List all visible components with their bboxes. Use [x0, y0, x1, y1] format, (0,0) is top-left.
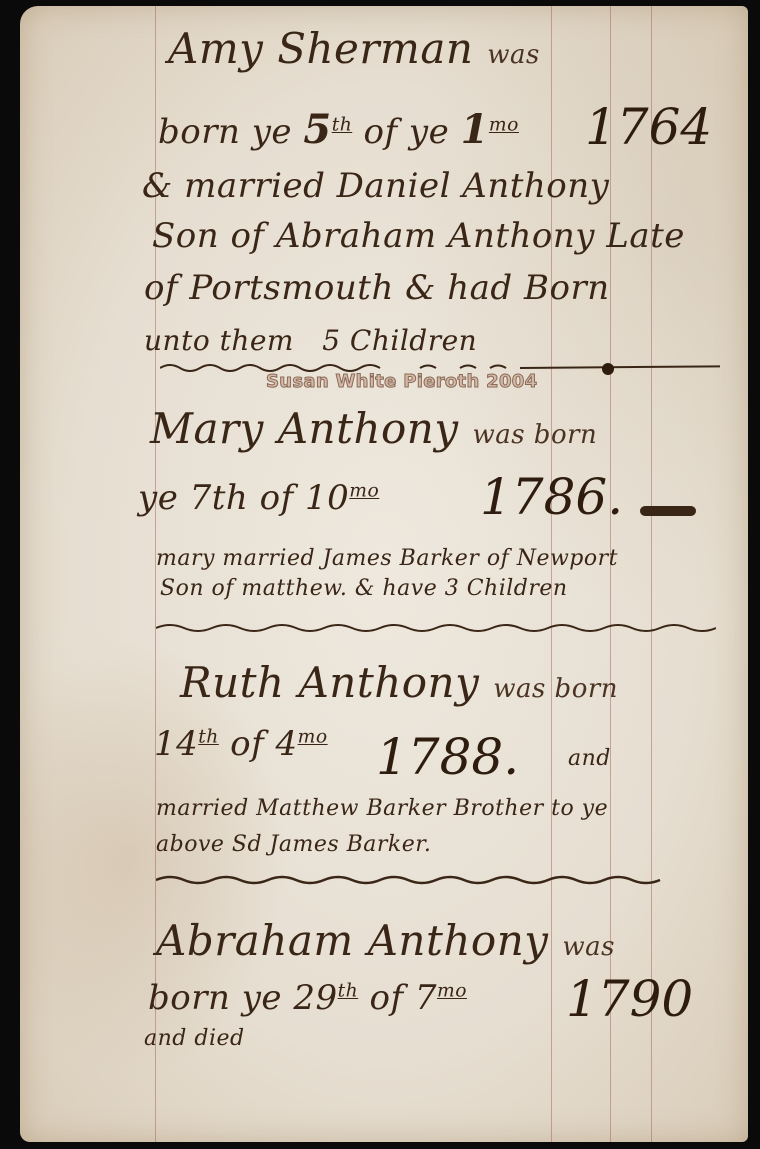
month-ordinal: mo [489, 115, 519, 136]
month-ordinal: mo [437, 981, 467, 1002]
day-ordinal: th [338, 981, 359, 1002]
person-name: Ruth Anthony [180, 658, 479, 707]
birth-month: 4 [276, 724, 298, 764]
heading-suffix: was [562, 932, 615, 962]
birth-day: 5 [303, 106, 331, 153]
record-text: unto them [144, 324, 294, 357]
ink-dash [640, 506, 696, 516]
birth-mid: of [230, 724, 264, 764]
birth-mid: of [369, 978, 403, 1018]
heading-suffix: was born [472, 420, 597, 450]
record-line: & married Daniel Anthony [142, 166, 609, 206]
person-name: Mary Anthony [150, 404, 459, 453]
birth-day: 14 [154, 724, 198, 764]
heading-suffix: was born [493, 674, 618, 704]
record-line: of Portsmouth & had Born [144, 268, 610, 308]
entry-heading: Abraham Anthony was [156, 916, 615, 965]
heading-suffix: was [487, 40, 540, 70]
entry-heading: Mary Anthony was born [150, 404, 597, 453]
birth-prefix: born ye [158, 112, 292, 152]
day-ordinal: th [198, 727, 219, 748]
birth-month: 1 [461, 106, 489, 153]
birth-mid: of [260, 478, 294, 518]
month-ordinal: mo [349, 481, 379, 502]
month-ordinal: mo [298, 727, 328, 748]
day-ordinal: th [332, 115, 353, 136]
scanned-document: Amy Sherman was born ye 5th of ye 1mo 17… [0, 0, 760, 1149]
birth-day: 29 [293, 978, 337, 1018]
entry-heading: Ruth Anthony was born [180, 658, 618, 707]
person-name: Abraham Anthony [156, 916, 548, 965]
birth-month: 7 [415, 978, 437, 1018]
record-line: Son of matthew. & have 3 Children [160, 576, 568, 601]
record-tail: and [568, 746, 611, 771]
birth-line: ye 7th of 10mo [138, 478, 379, 518]
record-line: married Matthew Barker Brother to ye [156, 796, 608, 821]
birth-line: born ye 5th of ye 1mo [158, 106, 519, 153]
birth-mid: of ye [364, 112, 450, 152]
person-name: Amy Sherman [168, 24, 473, 73]
birth-prefix: born ye [148, 978, 282, 1018]
copyright-watermark: Susan White Pieroth 2004 [266, 371, 537, 392]
children-count: 5 Children [322, 324, 477, 357]
birth-year: 1788. [376, 728, 519, 786]
birth-prefix: ye 7th [138, 478, 248, 518]
children-line: unto them 5 Children [144, 324, 477, 357]
birth-line: 14th of 4mo [154, 724, 328, 764]
separator-squiggle [156, 872, 676, 888]
record-line: above Sd James Barker. [156, 832, 431, 857]
separator-squiggle [156, 620, 716, 636]
entry-heading: Amy Sherman was [168, 24, 540, 73]
birth-year: 1786. [480, 468, 623, 526]
record-line: mary married James Barker of Newport [156, 546, 618, 571]
birth-line: born ye 29th of 7mo [148, 978, 467, 1018]
paper-page: Amy Sherman was born ye 5th of ye 1mo 17… [20, 6, 748, 1142]
birth-year: 1790 [566, 970, 693, 1028]
record-line: Son of Abraham Anthony Late [152, 216, 685, 256]
birth-year: 1764 [585, 98, 712, 156]
birth-month: 10 [305, 478, 349, 518]
record-line: and died [144, 1026, 245, 1051]
